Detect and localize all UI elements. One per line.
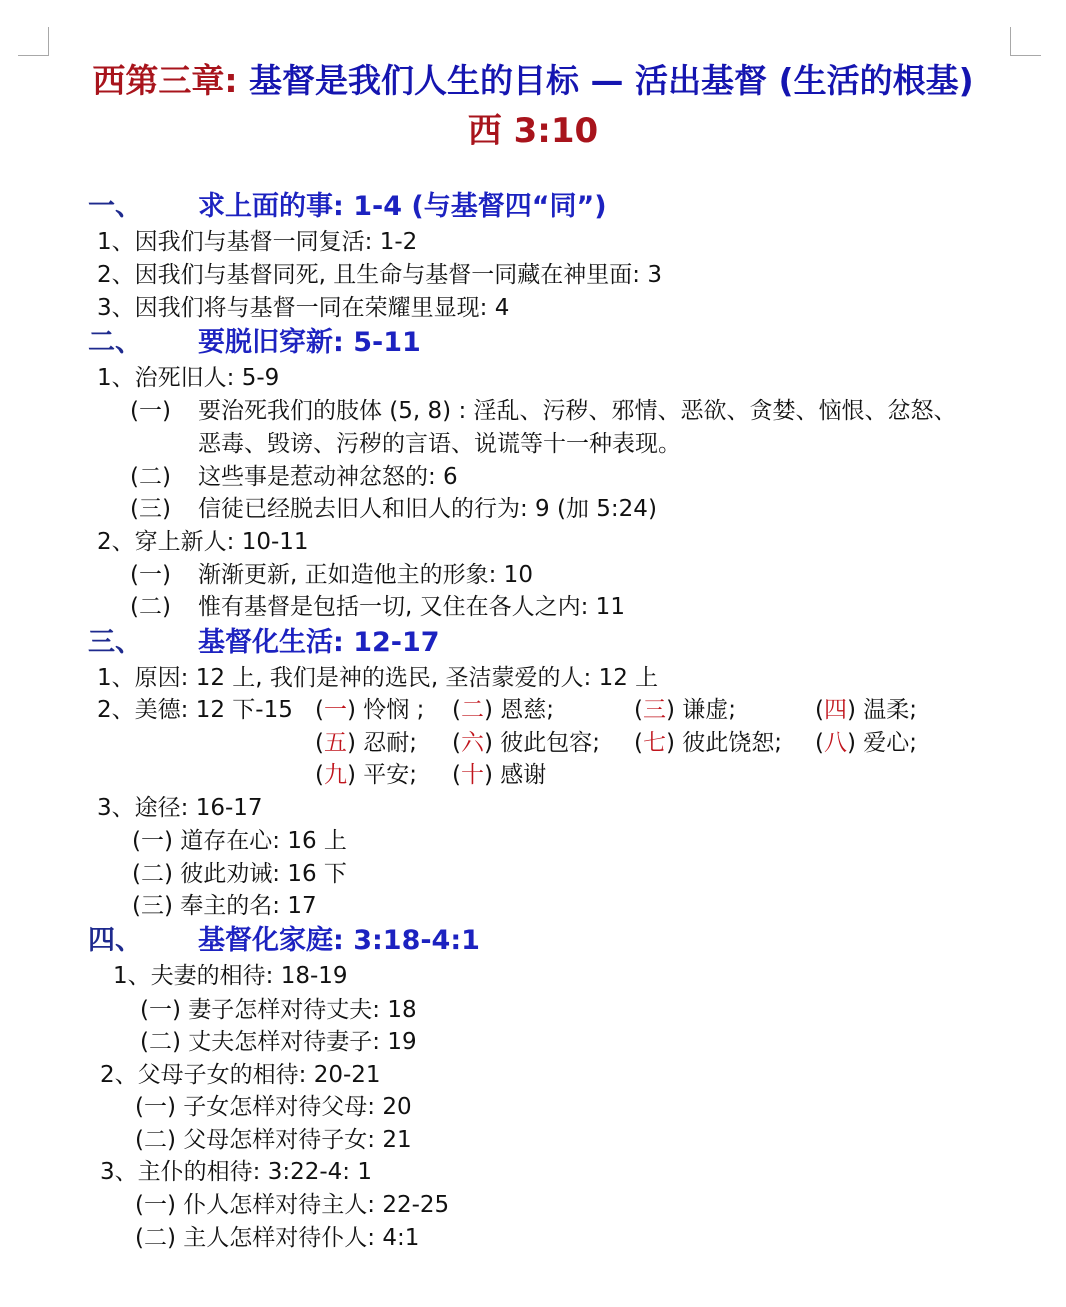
scripture-reference: 西 3:10	[0, 108, 1066, 154]
list-item: 2、美德: 12 下-15	[97, 695, 293, 725]
section-title: 要脱旧穿新: 5-11	[198, 326, 421, 360]
virtue-item: (十) 感谢	[452, 760, 546, 790]
section-heading-3: 三、 基督化生活: 12-17	[88, 626, 142, 660]
virtue-numeral: 六	[461, 730, 484, 756]
virtue-numeral: 五	[324, 730, 347, 756]
chapter-label: 西第三章:	[92, 61, 237, 100]
sub-item: (一) 道存在心: 16 上	[132, 826, 347, 856]
virtue-item: (三) 谦虚;	[634, 695, 736, 725]
section-heading-4: 四、 基督化家庭: 3:18-4:1	[88, 924, 142, 958]
virtue-item: (六) 彼此包容;	[452, 728, 600, 758]
list-item: 1、治死旧人: 5-9	[97, 363, 279, 393]
virtue-numeral: 四	[824, 697, 847, 723]
list-item: 2、因我们与基督同死, 且生命与基督一同藏在神里面: 3	[97, 260, 662, 290]
section-heading-2: 二、 要脱旧穿新: 5-11	[88, 326, 142, 360]
list-item: 2、父母子女的相待: 20-21	[100, 1060, 381, 1090]
section-title: 基督化家庭: 3:18-4:1	[198, 924, 480, 958]
sub-item-text: 惟有基督是包括一切, 又住在各人之内: 11	[198, 592, 625, 622]
list-item: 1、夫妻的相待: 18-19	[113, 961, 348, 991]
sub-item: (二) 彼此劝诫: 16 下	[132, 859, 347, 889]
section-heading-1: 一、 求上面的事: 1-4 (与基督四“同”)	[88, 190, 142, 224]
section-numeral: 二、	[88, 327, 142, 358]
sub-item-marker: (二)	[130, 462, 171, 492]
virtue-numeral: 九	[324, 762, 347, 788]
chapter-title: 基督是我们人生的目标 — 活出基督 (生活的根基)	[238, 61, 974, 100]
section-numeral: 三、	[88, 627, 142, 658]
virtue-item: (一) 怜悯 ;	[315, 695, 424, 725]
sub-item-marker: (一)	[130, 396, 171, 426]
list-item: 3、途径: 16-17	[97, 793, 263, 823]
virtue-item: (七) 彼此饶恕;	[634, 728, 782, 758]
virtue-numeral: 二	[461, 697, 484, 723]
sub-item-text: 这些事是惹动神忿怒的: 6	[198, 462, 458, 492]
sub-item-text: 渐渐更新, 正如造他主的形象: 10	[198, 560, 533, 590]
list-item: 3、因我们将与基督一同在荣耀里显现: 4	[97, 293, 509, 323]
sub-item: (二) 父母怎样对待子女: 21	[135, 1125, 412, 1155]
sub-item-continuation: 恶毒、毁谤、污秽的言语、说谎等十一种表现。	[198, 429, 681, 459]
sub-item: (一) 妻子怎样对待丈夫: 18	[140, 995, 417, 1025]
virtue-item: (九) 平安;	[315, 760, 417, 790]
page-corner-mark-top-left	[18, 27, 49, 56]
virtue-item: (八) 爱心;	[815, 728, 917, 758]
virtue-item: (二) 恩慈;	[452, 695, 554, 725]
page-corner-mark-top-right	[1010, 27, 1041, 56]
sub-item: (二) 主人怎样对待仆人: 4:1	[135, 1223, 419, 1253]
sub-item: (三) 奉主的名: 17	[132, 891, 317, 921]
virtue-numeral: 一	[324, 697, 347, 723]
sub-item-text: 要治死我们的肢体 (5, 8) : 淫乱、污秽、邪情、恶欲、贪婪、恼恨、忿怒、	[198, 396, 957, 426]
section-numeral: 四、	[88, 925, 142, 956]
section-numeral: 一、	[88, 191, 142, 222]
sub-item-marker: (一)	[130, 560, 171, 590]
list-item: 1、原因: 12 上, 我们是神的选民, 圣洁蒙爱的人: 12 上	[97, 663, 658, 693]
virtue-numeral: 十	[461, 762, 484, 788]
section-title: 求上面的事: 1-4 (与基督四“同”)	[198, 190, 607, 224]
sub-item-text: 信徒已经脱去旧人和旧人的行为: 9 (加 5:24)	[198, 494, 657, 524]
list-item: 3、主仆的相待: 3:22-4: 1	[100, 1157, 372, 1187]
list-item: 2、穿上新人: 10-11	[97, 527, 309, 557]
virtue-item: (五) 忍耐;	[315, 728, 417, 758]
sub-item: (二) 丈夫怎样对待妻子: 19	[140, 1027, 417, 1057]
virtue-numeral: 八	[824, 730, 847, 756]
sub-item-marker: (三)	[130, 494, 171, 524]
sub-item: (一) 子女怎样对待父母: 20	[135, 1092, 412, 1122]
list-item: 1、因我们与基督一同复活: 1-2	[97, 227, 417, 257]
virtue-item: (四) 温柔;	[815, 695, 917, 725]
document-title: 西第三章: 基督是我们人生的目标 — 活出基督 (生活的根基)	[0, 58, 1066, 104]
virtue-numeral: 七	[643, 730, 666, 756]
sub-item-marker: (二)	[130, 592, 171, 622]
virtue-numeral: 三	[643, 697, 666, 723]
sub-item: (一) 仆人怎样对待主人: 22-25	[135, 1190, 449, 1220]
section-title: 基督化生活: 12-17	[198, 626, 440, 660]
